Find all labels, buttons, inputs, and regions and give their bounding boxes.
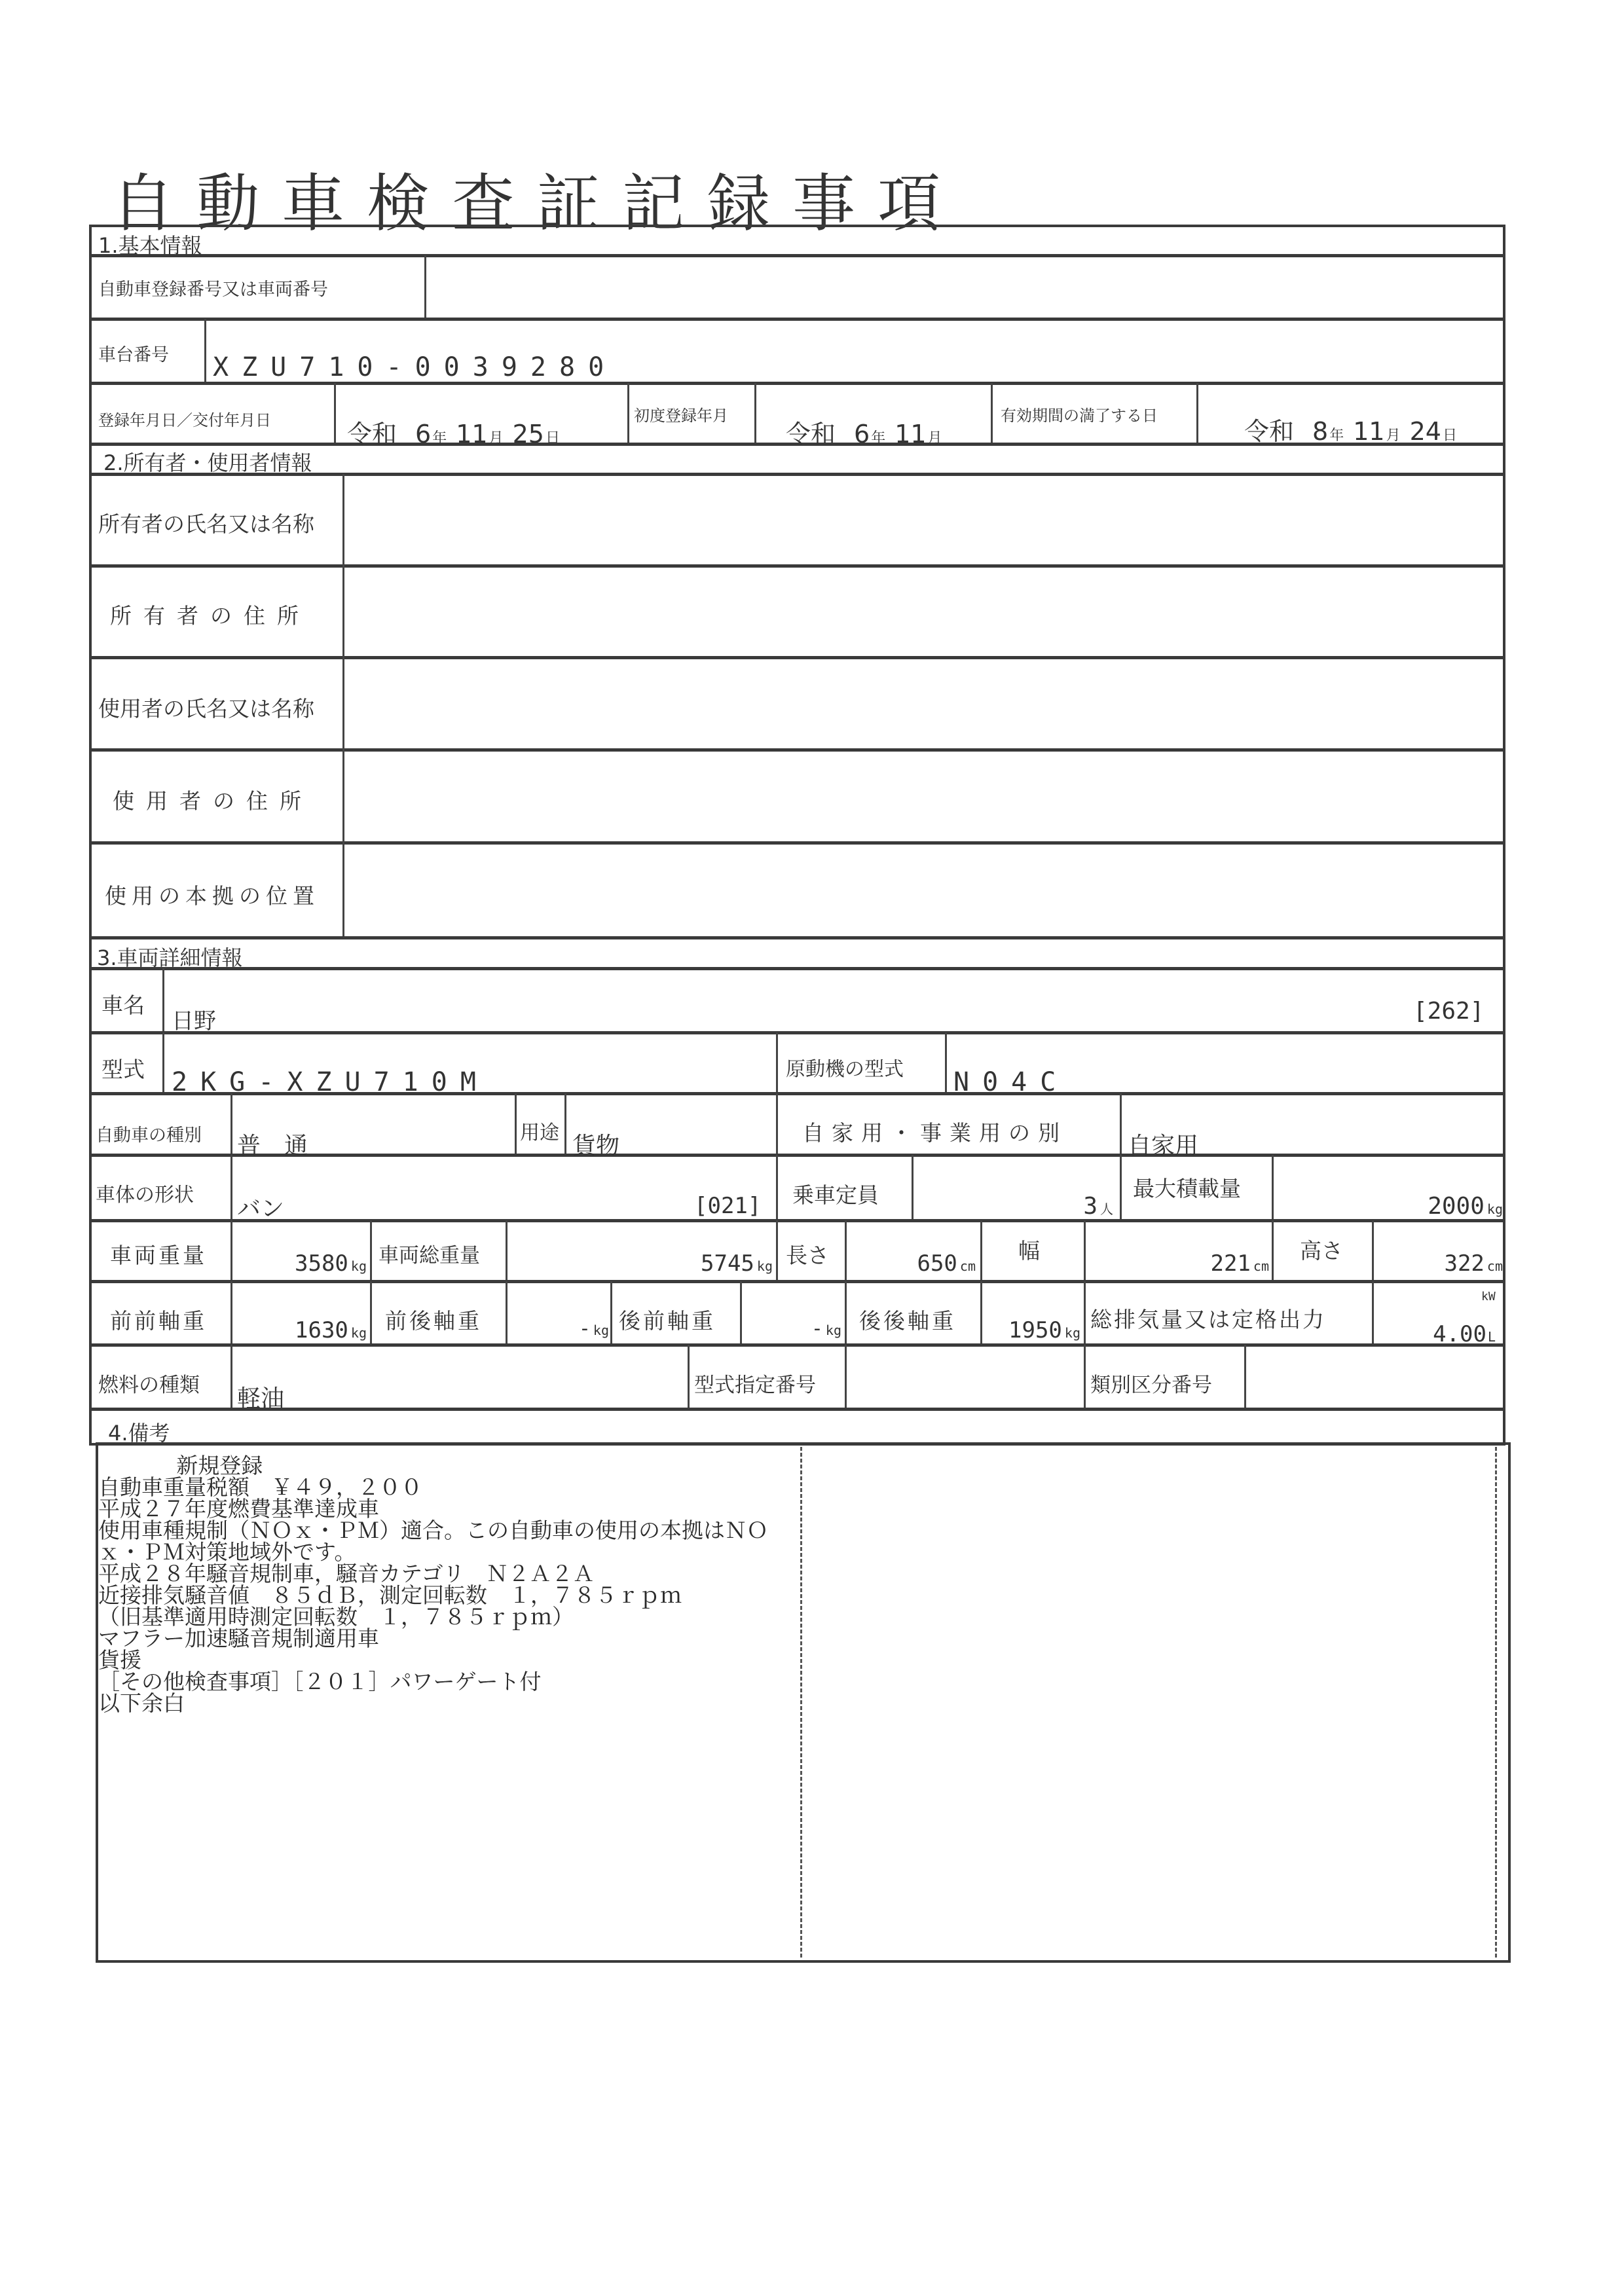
col-divider bbox=[912, 1155, 913, 1219]
col-divider bbox=[370, 1220, 372, 1280]
col-divider bbox=[845, 1281, 847, 1343]
height-label: 高さ bbox=[1300, 1234, 1343, 1265]
row-divider bbox=[89, 1343, 1505, 1347]
col-divider bbox=[776, 1220, 778, 1280]
col-divider bbox=[342, 474, 344, 936]
registration-date: 令和6年11月25日 bbox=[347, 414, 569, 450]
col-divider bbox=[515, 1093, 517, 1154]
col-divider bbox=[370, 1281, 372, 1343]
registration-number-label: 自動車登録番号又は車両番号 bbox=[98, 275, 328, 301]
remarks-line: マフラー加速騒音規制適用車 bbox=[98, 1628, 768, 1649]
col-divider bbox=[1196, 383, 1198, 443]
col-divider bbox=[162, 1032, 164, 1092]
rr-axle-value: 1950kg bbox=[982, 1317, 1080, 1343]
remarks-line: 平成２８年騒音規制車，騒音カテゴリ Ｎ２Ａ２Ａ bbox=[98, 1563, 768, 1584]
vehicle-weight-value: 3580kg bbox=[236, 1250, 367, 1277]
ff-axle-label: 前前軸重 bbox=[110, 1304, 207, 1335]
width-value: 221cm bbox=[1087, 1250, 1269, 1277]
gross-weight-label: 車両総重量 bbox=[378, 1239, 480, 1268]
engine-model-value: N04C bbox=[953, 1067, 1069, 1097]
rr-axle-label: 後後軸重 bbox=[859, 1304, 956, 1335]
row-divider bbox=[89, 1280, 1505, 1283]
col-divider bbox=[231, 1281, 232, 1343]
expiry-date: 令和8年11月24日 bbox=[1244, 411, 1466, 447]
col-divider bbox=[980, 1220, 982, 1280]
col-divider bbox=[1120, 1093, 1122, 1154]
displacement-label: 総排気量又は定格出力 bbox=[1090, 1303, 1326, 1334]
col-divider bbox=[1372, 1281, 1374, 1343]
col-divider bbox=[1272, 1155, 1274, 1219]
capacity-label: 乗車定員 bbox=[792, 1178, 879, 1209]
remarks-line: 以下余白 bbox=[98, 1692, 768, 1714]
row-divider bbox=[89, 748, 1505, 752]
section-1-heading: 1.基本情報 bbox=[98, 229, 202, 259]
row-divider bbox=[89, 254, 1505, 257]
col-divider bbox=[1372, 1220, 1374, 1280]
owner-name-label: 所有者の氏名又は名称 bbox=[98, 507, 314, 538]
remarks-line: 新規登録 bbox=[98, 1455, 768, 1476]
row-divider bbox=[89, 1408, 1505, 1411]
base-location-label: 使用の本拠の位置 bbox=[105, 879, 320, 910]
col-divider bbox=[776, 1032, 778, 1092]
col-divider bbox=[1084, 1220, 1086, 1280]
col-divider bbox=[424, 255, 426, 318]
col-divider bbox=[945, 1032, 947, 1092]
col-divider bbox=[1084, 1281, 1086, 1343]
remarks-line: 近接排気騒音値 ８５ｄＢ，測定回転数 １，７８５ｒｐｍ bbox=[98, 1584, 768, 1606]
remarks-divider bbox=[800, 1447, 802, 1958]
col-divider bbox=[231, 1093, 232, 1154]
max-load-label: 最大積載量 bbox=[1133, 1172, 1241, 1203]
col-divider bbox=[776, 1093, 778, 1154]
col-divider bbox=[1084, 1345, 1086, 1408]
row-divider bbox=[89, 318, 1505, 321]
use-class-label: 自家用・事業用の別 bbox=[802, 1116, 1067, 1147]
remarks-line: 平成２７年度燃費基準達成車 bbox=[98, 1498, 768, 1520]
fr-axle-value: -kg bbox=[511, 1317, 609, 1340]
remarks-line: 貨援 bbox=[98, 1649, 768, 1671]
chassis-number-value: XZU710-0039280 bbox=[213, 352, 617, 382]
row-divider bbox=[89, 936, 1505, 939]
user-address-label: 使用者の住所 bbox=[113, 784, 313, 815]
purpose-value: 貨物 bbox=[572, 1127, 619, 1161]
row-divider bbox=[89, 1031, 1505, 1034]
row-divider bbox=[89, 564, 1505, 568]
body-shape-code: [021] bbox=[694, 1193, 761, 1219]
col-divider bbox=[991, 383, 993, 443]
capacity-value: 3人 bbox=[917, 1193, 1113, 1220]
vehicle-name-value: 日野 bbox=[172, 1003, 216, 1035]
remarks-line: 自動車重量税額 ￥４９，２００ bbox=[98, 1476, 768, 1498]
col-divider bbox=[231, 1220, 232, 1280]
body-shape-value: バン bbox=[237, 1190, 284, 1224]
col-divider bbox=[564, 1093, 566, 1154]
model-value: 2KG-XZU710M bbox=[172, 1067, 489, 1097]
first-registration-label: 初度登録年月 bbox=[634, 403, 728, 426]
ff-axle-value: 1630kg bbox=[236, 1317, 367, 1343]
fr-axle-label: 前後軸重 bbox=[385, 1304, 482, 1335]
max-load-value: 2000kg bbox=[1277, 1193, 1503, 1220]
vehicle-name-label: 車名 bbox=[101, 989, 145, 1019]
remarks-text: 新規登録 自動車重量税額 ￥４９，２００ 平成２７年度燃費基準達成車 使用車種規… bbox=[98, 1455, 768, 1714]
category-label: 類別区分番号 bbox=[1090, 1368, 1212, 1398]
gross-weight-value: 5745kg bbox=[511, 1250, 773, 1277]
length-value: 650cm bbox=[848, 1250, 976, 1277]
col-divider bbox=[845, 1345, 847, 1408]
col-divider bbox=[506, 1220, 507, 1280]
row-divider bbox=[89, 967, 1505, 970]
col-divider bbox=[1272, 1220, 1274, 1280]
row-divider bbox=[89, 656, 1505, 659]
vehicle-weight-label: 車両重量 bbox=[110, 1239, 207, 1269]
first-registration-date: 令和6年11月 bbox=[786, 414, 951, 450]
vehicle-name-code: [262] bbox=[1413, 998, 1484, 1025]
col-divider bbox=[231, 1155, 232, 1219]
col-divider bbox=[1244, 1345, 1246, 1408]
displacement-value: 4.00 bbox=[1375, 1321, 1486, 1347]
remarks-right-edge bbox=[1495, 1447, 1497, 1958]
rf-axle-value: -kg bbox=[743, 1317, 841, 1340]
engine-model-label: 原動機の型式 bbox=[786, 1053, 904, 1082]
col-divider bbox=[688, 1345, 690, 1408]
registration-date-label: 登録年月日／交付年月日 bbox=[98, 407, 271, 430]
col-divider bbox=[1120, 1155, 1122, 1219]
remarks-line: （旧基準適用時測定回転数 １，７８５ｒｐｍ） bbox=[98, 1606, 768, 1628]
col-divider bbox=[506, 1281, 507, 1343]
fuel-label: 燃料の種類 bbox=[98, 1368, 200, 1398]
section-2-heading: 2.所有者・使用者情報 bbox=[103, 446, 312, 477]
body-shape-label: 車体の形状 bbox=[96, 1178, 194, 1207]
col-divider bbox=[204, 319, 206, 382]
col-divider bbox=[334, 383, 336, 443]
vehicle-type-value: 普 通 bbox=[237, 1127, 308, 1161]
col-divider bbox=[610, 1281, 612, 1343]
height-value: 322cm bbox=[1375, 1250, 1503, 1277]
remarks-line: 使用車種規制（ＮＯｘ・ＰＭ）適合。この自動車の使用の本拠はＮＯ bbox=[98, 1520, 768, 1541]
displacement-unit-kw: kW bbox=[1481, 1290, 1496, 1303]
displacement-unit-l: L bbox=[1488, 1329, 1496, 1345]
col-divider bbox=[627, 383, 629, 443]
user-name-label: 使用者の氏名又は名称 bbox=[98, 692, 314, 723]
remarks-line: ［その他検査事項］［２０１］パワーゲート付 bbox=[98, 1671, 768, 1692]
row-divider bbox=[89, 841, 1505, 845]
type-designation-label: 型式指定番号 bbox=[694, 1368, 816, 1398]
fuel-value: 軽油 bbox=[237, 1380, 284, 1413]
purpose-label: 用途 bbox=[520, 1116, 559, 1145]
width-label: 幅 bbox=[1018, 1234, 1040, 1265]
vehicle-type-label: 自動車の種別 bbox=[96, 1121, 202, 1146]
rf-axle-label: 後前軸重 bbox=[619, 1304, 716, 1335]
col-divider bbox=[776, 1155, 778, 1219]
col-divider bbox=[162, 968, 164, 1031]
use-class-value: 自家用 bbox=[1128, 1127, 1198, 1161]
col-divider bbox=[740, 1281, 742, 1343]
col-divider bbox=[754, 383, 756, 443]
owner-address-label: 所有者の住所 bbox=[110, 599, 310, 630]
remarks-line: ｘ・ＰＭ対策地域外です。 bbox=[98, 1541, 768, 1563]
section-3-heading: 3.車両詳細情報 bbox=[97, 941, 243, 972]
chassis-number-label: 車台番号 bbox=[98, 340, 169, 366]
model-label: 型式 bbox=[101, 1053, 145, 1084]
col-divider bbox=[231, 1345, 232, 1408]
col-divider bbox=[845, 1220, 847, 1280]
length-label: 長さ bbox=[786, 1239, 829, 1269]
expiry-label: 有効期間の満了する日 bbox=[1001, 403, 1158, 426]
